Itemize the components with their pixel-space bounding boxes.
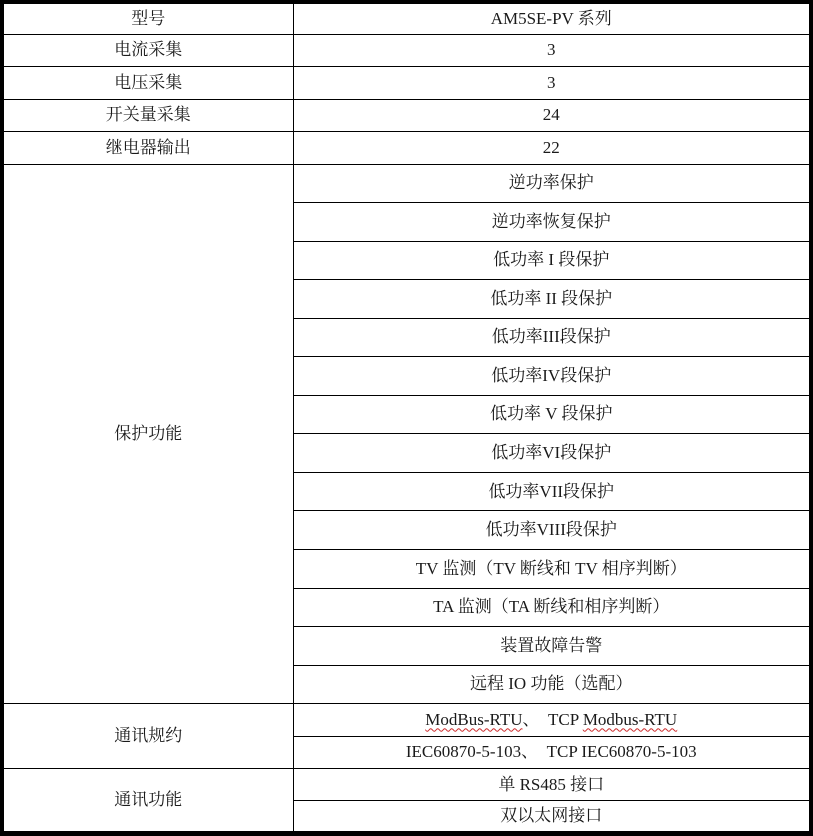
protocol-text-segment: TCP [548,710,583,729]
voltage-acquisition-label-cell: 电压采集 [2,67,293,99]
comm-protocol-iec-cell: IEC60870-5-103、 TCP IEC60870-5-103 [293,736,811,768]
protocol-text-segment: ModBus-RTU [425,710,522,729]
table-row: 电流采集 3 [2,34,811,66]
table-row: 保护功能 逆功率保护 [2,164,811,203]
protection-item-cell: TA 监测（TA 断线和相序判断） [293,588,811,627]
protection-item-cell: 低功率IV段保护 [293,357,811,396]
protection-item-cell: 低功率 I 段保护 [293,241,811,280]
protocol-text-segment: Modbus-RTU [583,710,677,729]
current-acquisition-value-cell: 3 [293,34,811,66]
voltage-acquisition-value-cell: 3 [293,67,811,99]
protection-item-cell: 低功率VII段保护 [293,472,811,511]
protocol-text-segment: 、 [523,710,549,729]
protection-item-cell: TV 监测（TV 断线和 TV 相序判断） [293,550,811,589]
relay-output-value-cell: 22 [293,132,811,164]
protocol-text-segment: IEC60870-5-103、 TCP IEC60870-5-103 [406,742,697,761]
comm-function-ethernet-cell: 双以太网接口 [293,801,811,834]
switch-acquisition-value-cell: 24 [293,99,811,131]
protection-item-cell: 远程 IO 功能（选配） [293,665,811,704]
protection-item-cell: 逆功率保护 [293,164,811,203]
protection-section-label-cell: 保护功能 [2,164,293,703]
model-label-cell: 型号 [2,2,293,34]
comm-function-section-label-cell: 通讯功能 [2,769,293,834]
comm-protocol-modbus-cell: ModBus-RTU、 TCP Modbus-RTU [293,704,811,736]
table-row: 通讯规约 ModBus-RTU、 TCP Modbus-RTU [2,704,811,736]
protection-item-cell: 逆功率恢复保护 [293,203,811,242]
protection-item-cell: 低功率 V 段保护 [293,395,811,434]
table-row: 继电器输出 22 [2,132,811,164]
model-value-cell: AM5SE-PV 系列 [293,2,811,34]
table-row: 型号 AM5SE-PV 系列 [2,2,811,34]
protection-item-cell: 低功率III段保护 [293,318,811,357]
document-page: 型号 AM5SE-PV 系列 电流采集 3 电压采集 3 开关量采集 24 继电… [0,0,813,836]
comm-protocol-section-label-cell: 通讯规约 [2,704,293,769]
current-acquisition-label-cell: 电流采集 [2,34,293,66]
spec-table: 型号 AM5SE-PV 系列 电流采集 3 电压采集 3 开关量采集 24 继电… [0,0,813,836]
protection-item-cell: 装置故障告警 [293,627,811,666]
protection-item-cell: 低功率VIII段保护 [293,511,811,550]
protection-item-cell: 低功率VI段保护 [293,434,811,473]
switch-acquisition-label-cell: 开关量采集 [2,99,293,131]
comm-function-rs485-cell: 单 RS485 接口 [293,769,811,801]
protection-item-cell: 低功率 II 段保护 [293,280,811,319]
table-row: 开关量采集 24 [2,99,811,131]
table-row: 电压采集 3 [2,67,811,99]
relay-output-label-cell: 继电器输出 [2,132,293,164]
table-row: 通讯功能 单 RS485 接口 [2,769,811,801]
